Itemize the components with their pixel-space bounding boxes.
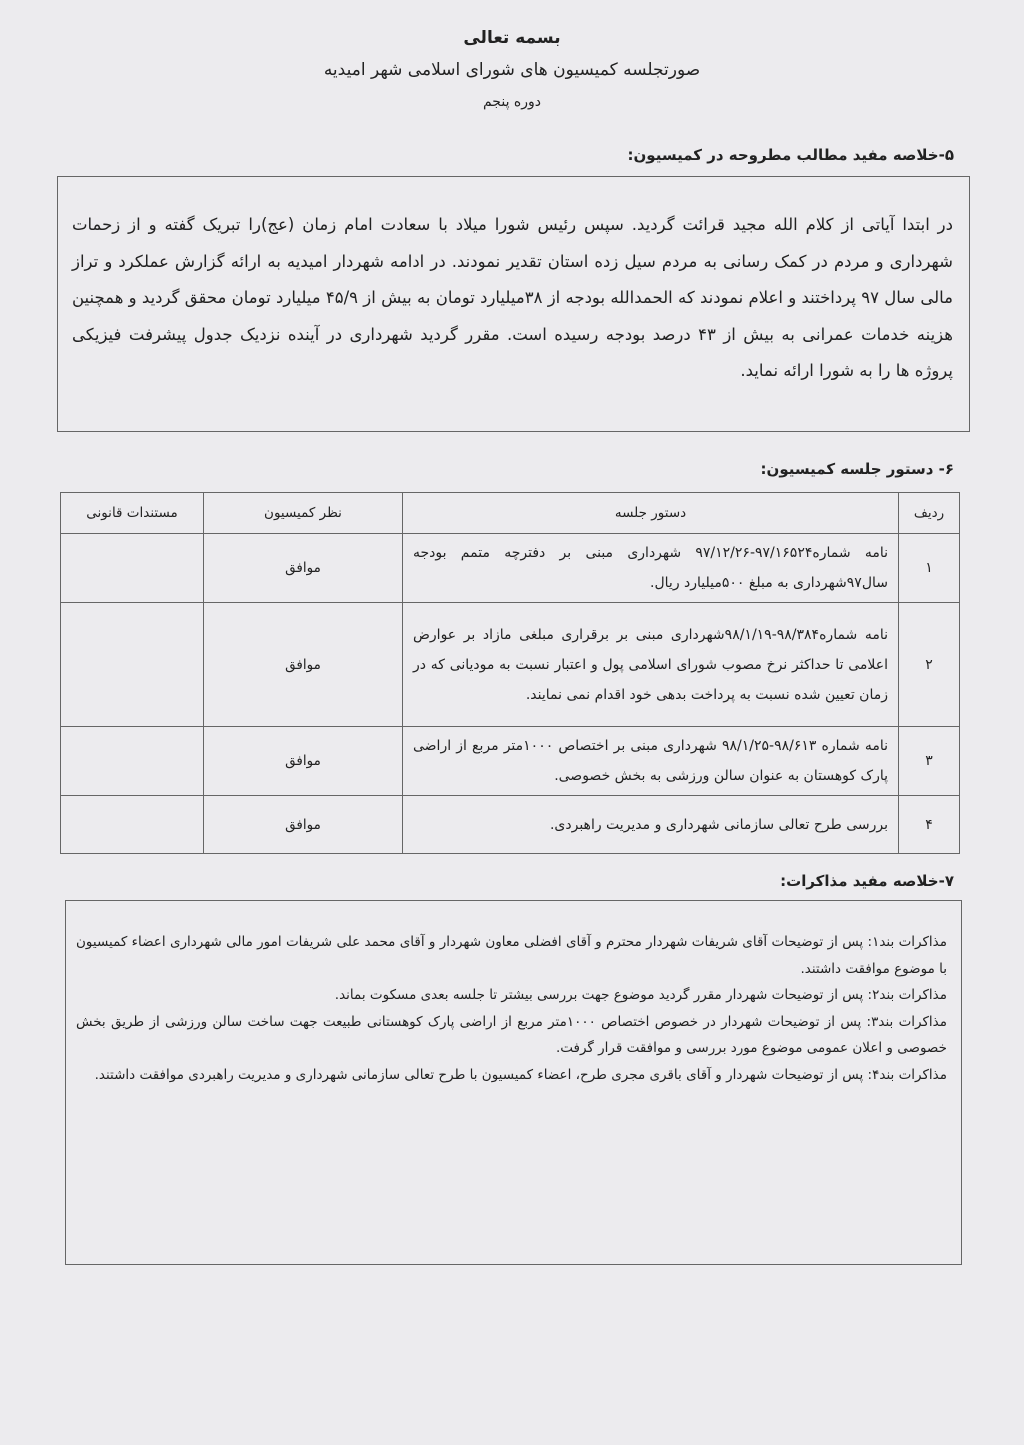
row-number: ۴ (899, 796, 960, 854)
agenda-text: نامه شماره ۹۸/۶۱۳-۹۸/۱/۲۵ شهرداری مبنی ب… (403, 727, 899, 796)
legal-docs (61, 796, 204, 854)
document-page: بسمه تعالی صورتجلسه کمیسیون های شورای اس… (0, 0, 1024, 1445)
agenda-table: ردیف دستور جلسه نظر کمیسیون مستندات قانو… (60, 492, 960, 854)
table-row: ۳ نامه شماره ۹۸/۶۱۳-۹۸/۱/۲۵ شهرداری مبنی… (61, 727, 960, 796)
row-number: ۳ (899, 727, 960, 796)
section5-heading: ۵-خلاصه مفید مطالب مطروحه در کمیسیون: (628, 146, 955, 164)
legal-docs (61, 603, 204, 727)
row-number: ۱ (899, 534, 960, 603)
section5-summary-text: در ابتدا آیاتی از کلام الله مجید قرائت گ… (72, 207, 953, 390)
invocation-heading: بسمه تعالی (0, 28, 1024, 48)
section7-heading: ۷-خلاصه مفید مذاکرات: (780, 872, 954, 890)
commission-opinion: موافق (204, 796, 403, 854)
agenda-text: نامه شماره۹۷/۱۶۵۲۴-۹۷/۱۲/۲۶ شهرداری مبنی… (403, 534, 899, 603)
section6-heading: ۶- دستور جلسه کمیسیون: (761, 460, 954, 478)
column-header-legal-docs: مستندات قانونی (61, 493, 204, 534)
document-title: صورتجلسه کمیسیون های شورای اسلامی شهر ام… (0, 60, 1024, 80)
column-header-row-number: ردیف (899, 493, 960, 534)
column-header-opinion: نظر کمیسیون (204, 493, 403, 534)
table-row: ۲ نامه شماره۹۸/۳۸۴-۹۸/۱/۱۹شهرداری مبنی ب… (61, 603, 960, 727)
table-row: ۴ بررسی طرح تعالی سازمانی شهرداری و مدیر… (61, 796, 960, 854)
negotiation-item-1: مذاکرات بند۱: پس از توضیحات آقای شریفات … (76, 929, 947, 982)
commission-opinion: موافق (204, 534, 403, 603)
legal-docs (61, 534, 204, 603)
negotiation-item-2: مذاکرات بند۲: پس از توضیحات شهردار مقرر … (76, 982, 947, 1009)
section5-summary-box: در ابتدا آیاتی از کلام الله مجید قرائت گ… (57, 176, 970, 432)
negotiation-item-4: مذاکرات بند۴: پس از توضیحات شهردار و آقا… (76, 1062, 947, 1089)
section7-negotiations-box: مذاکرات بند۱: پس از توضیحات آقای شریفات … (65, 900, 962, 1265)
column-header-agenda: دستور جلسه (403, 493, 899, 534)
row-number: ۲ (899, 603, 960, 727)
agenda-text: نامه شماره۹۸/۳۸۴-۹۸/۱/۱۹شهرداری مبنی بر … (403, 603, 899, 727)
legal-docs (61, 727, 204, 796)
negotiation-item-3: مذاکرات بند۳: پس از توضیحات شهردار در خص… (76, 1009, 947, 1062)
commission-opinion: موافق (204, 727, 403, 796)
council-term: دوره پنجم (0, 94, 1024, 110)
commission-opinion: موافق (204, 603, 403, 727)
table-header-row: ردیف دستور جلسه نظر کمیسیون مستندات قانو… (61, 493, 960, 534)
agenda-text: بررسی طرح تعالی سازمانی شهرداری و مدیریت… (403, 796, 899, 854)
table-row: ۱ نامه شماره۹۷/۱۶۵۲۴-۹۷/۱۲/۲۶ شهرداری مب… (61, 534, 960, 603)
